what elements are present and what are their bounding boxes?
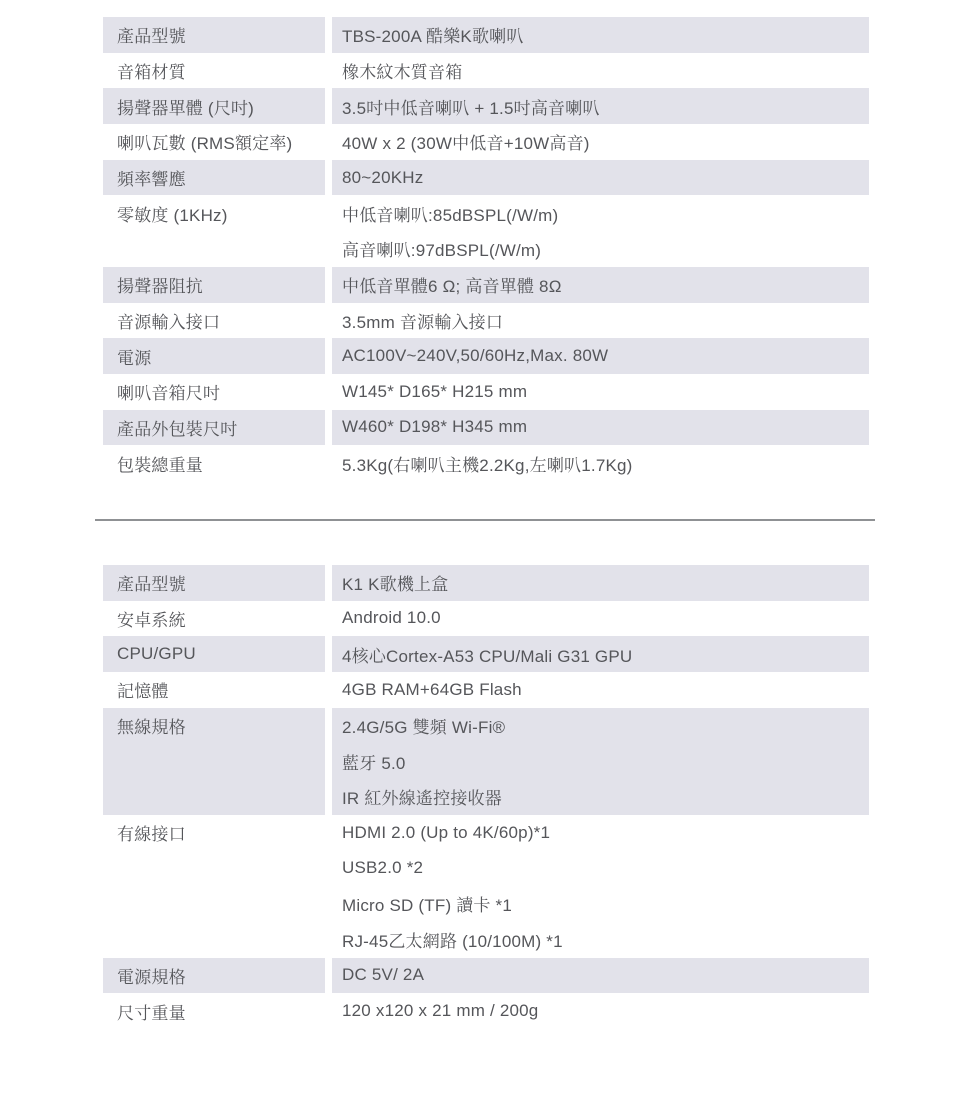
spec-value-cell: 3.5mm 音源輸入接口 — [332, 303, 869, 339]
spec-value-cell: TBS-200A 酷樂K歌喇叭 — [332, 17, 869, 53]
spec-label-cell: 喇叭音箱尺吋 — [103, 374, 325, 410]
spec-label: 包裝總重量 — [103, 445, 325, 481]
spec-label: 安卓系統 — [103, 601, 325, 637]
spec-value-cell: 5.3Kg(右喇叭主機2.2Kg,左喇叭1.7Kg) — [332, 445, 869, 481]
spec-row: 包裝總重量5.3Kg(右喇叭主機2.2Kg,左喇叭1.7Kg) — [103, 445, 869, 481]
spec-row: 記憶體4GB RAM+64GB Flash — [103, 672, 869, 708]
spec-value-cell: 120 x120 x 21 mm / 200g — [332, 993, 869, 1029]
spec-row: 產品外包裝尺吋W460* D198* H345 mm — [103, 410, 869, 446]
spec-label: 音源輸入接口 — [103, 303, 325, 339]
spec-label-cell: 電源規格 — [103, 958, 325, 994]
spec-value-cell: Android 10.0 — [332, 601, 869, 637]
spec-label: 記憶體 — [103, 672, 325, 708]
spec-row: 頻率響應80~20KHz — [103, 160, 869, 196]
spec-label: 尺寸重量 — [103, 993, 325, 1029]
spec-row: 揚聲器單體 (尺吋)3.5吋中低音喇叭 + 1.5吋高音喇叭 — [103, 88, 869, 124]
spec-value-line: 3.5吋中低音喇叭 + 1.5吋高音喇叭 — [332, 88, 869, 124]
spec-value-line: 橡木紋木質音箱 — [332, 53, 869, 89]
spec-label: 揚聲器單體 (尺吋) — [103, 88, 325, 124]
spec-value-line: 120 x120 x 21 mm / 200g — [332, 993, 869, 1029]
spec-label-cell: 包裝總重量 — [103, 445, 325, 481]
spec-value-cell: AC100V~240V,50/60Hz,Max. 80W — [332, 338, 869, 374]
spec-label-cell: 尺寸重量 — [103, 993, 325, 1029]
spec-label: CPU/GPU — [103, 636, 325, 672]
spec-value-line: 高音喇叭:97dBSPL(/W/m) — [332, 231, 869, 267]
spec-value-cell: 中低音單體6 Ω; 高音單體 8Ω — [332, 267, 869, 303]
spec-value-line: RJ-45乙太網路 (10/100M) *1 — [332, 922, 869, 958]
spec-row: 尺寸重量120 x120 x 21 mm / 200g — [103, 993, 869, 1029]
spec-value-line: TBS-200A 酷樂K歌喇叭 — [332, 17, 869, 53]
spec-label: 零敏度 (1KHz) — [103, 195, 325, 231]
spec-value-cell: DC 5V/ 2A — [332, 958, 869, 994]
spec-label: 喇叭音箱尺吋 — [103, 374, 325, 410]
spec-value-cell: W145* D165* H215 mm — [332, 374, 869, 410]
spec-value-line: Android 10.0 — [332, 601, 869, 637]
spec-label-cell: CPU/GPU — [103, 636, 325, 672]
spec-value-line: DC 5V/ 2A — [332, 958, 869, 994]
spec-row: 零敏度 (1KHz)中低音喇叭:85dBSPL(/W/m)高音喇叭:97dBSP… — [103, 195, 869, 266]
spec-value-line: HDMI 2.0 (Up to 4K/60p)*1 — [332, 815, 869, 851]
spec-value-line: USB2.0 *2 — [332, 850, 869, 886]
spec-row: 喇叭瓦數 (RMS額定率)40W x 2 (30W中低音+10W高音) — [103, 124, 869, 160]
spec-value-cell: W460* D198* H345 mm — [332, 410, 869, 446]
spec-label: 音箱材質 — [103, 53, 325, 89]
spec-value-cell: K1 K歌機上盒 — [332, 565, 869, 601]
spec-value-cell: 中低音喇叭:85dBSPL(/W/m)高音喇叭:97dBSPL(/W/m) — [332, 195, 869, 266]
spec-label: 電源 — [103, 338, 325, 374]
spec-label-cell: 揚聲器單體 (尺吋) — [103, 88, 325, 124]
spec-label: 無線規格 — [103, 708, 325, 744]
spec-table-speaker: 產品型號TBS-200A 酷樂K歌喇叭音箱材質橡木紋木質音箱揚聲器單體 (尺吋)… — [103, 0, 869, 481]
spec-value-cell: 3.5吋中低音喇叭 + 1.5吋高音喇叭 — [332, 88, 869, 124]
spec-value-line: 5.3Kg(右喇叭主機2.2Kg,左喇叭1.7Kg) — [332, 445, 869, 481]
spec-value-line: 4核心Cortex-A53 CPU/Mali G31 GPU — [332, 636, 869, 672]
spec-table-settop-box: 產品型號K1 K歌機上盒安卓系統Android 10.0CPU/GPU4核心Co… — [103, 565, 869, 1029]
spec-label: 喇叭瓦數 (RMS額定率) — [103, 124, 325, 160]
spec-label-cell: 安卓系統 — [103, 601, 325, 637]
spec-row: 喇叭音箱尺吋W145* D165* H215 mm — [103, 374, 869, 410]
spec-label-cell: 喇叭瓦數 (RMS額定率) — [103, 124, 325, 160]
spec-row: 產品型號TBS-200A 酷樂K歌喇叭 — [103, 17, 869, 53]
spec-label-cell: 頻率響應 — [103, 160, 325, 196]
spec-value-cell: 4GB RAM+64GB Flash — [332, 672, 869, 708]
spec-label-cell: 電源 — [103, 338, 325, 374]
spec-row: 無線規格2.4G/5G 雙頻 Wi-Fi®藍牙 5.0IR 紅外線遙控接收器 — [103, 708, 869, 815]
spec-value-line: IR 紅外線遙控接收器 — [332, 779, 869, 815]
spec-value-cell: 橡木紋木質音箱 — [332, 53, 869, 89]
spec-row: 產品型號K1 K歌機上盒 — [103, 565, 869, 601]
spec-value-line: Micro SD (TF) 讀卡 *1 — [332, 886, 869, 922]
spec-label-cell: 揚聲器阻抗 — [103, 267, 325, 303]
product-spec-sheet: 產品型號TBS-200A 酷樂K歌喇叭音箱材質橡木紋木質音箱揚聲器單體 (尺吋)… — [0, 0, 960, 1107]
spec-row: 安卓系統Android 10.0 — [103, 601, 869, 637]
spec-label-cell: 音源輸入接口 — [103, 303, 325, 339]
spec-label: 揚聲器阻抗 — [103, 267, 325, 303]
spec-value-line: 藍牙 5.0 — [332, 743, 869, 779]
spec-value-cell: HDMI 2.0 (Up to 4K/60p)*1USB2.0 *2Micro … — [332, 815, 869, 958]
spec-row: 電源AC100V~240V,50/60Hz,Max. 80W — [103, 338, 869, 374]
spec-value-cell: 4核心Cortex-A53 CPU/Mali G31 GPU — [332, 636, 869, 672]
spec-row: 音源輸入接口3.5mm 音源輸入接口 — [103, 303, 869, 339]
spec-value-line: W145* D165* H215 mm — [332, 374, 869, 410]
spec-row: 揚聲器阻抗中低音單體6 Ω; 高音單體 8Ω — [103, 267, 869, 303]
section-divider — [95, 519, 875, 521]
spec-label: 產品外包裝尺吋 — [103, 410, 325, 446]
spec-label-cell: 音箱材質 — [103, 53, 325, 89]
spec-value-line: 40W x 2 (30W中低音+10W高音) — [332, 124, 869, 160]
spec-value-line: 4GB RAM+64GB Flash — [332, 672, 869, 708]
spec-label-cell: 產品型號 — [103, 565, 325, 601]
spec-value-line: 中低音喇叭:85dBSPL(/W/m) — [332, 195, 869, 231]
spec-value-line: 3.5mm 音源輸入接口 — [332, 303, 869, 339]
spec-value-line: 80~20KHz — [332, 160, 869, 196]
spec-value-line: 2.4G/5G 雙頻 Wi-Fi® — [332, 708, 869, 744]
spec-label-cell: 記憶體 — [103, 672, 325, 708]
spec-value-cell: 80~20KHz — [332, 160, 869, 196]
spec-value-cell: 40W x 2 (30W中低音+10W高音) — [332, 124, 869, 160]
spec-row: 電源規格DC 5V/ 2A — [103, 958, 869, 994]
spec-row: 音箱材質橡木紋木質音箱 — [103, 53, 869, 89]
spec-label-cell: 產品型號 — [103, 17, 325, 53]
spec-label: 產品型號 — [103, 17, 325, 53]
spec-label-cell: 無線規格 — [103, 708, 325, 815]
spec-row: 有線接口HDMI 2.0 (Up to 4K/60p)*1USB2.0 *2Mi… — [103, 815, 869, 958]
spec-label-cell: 零敏度 (1KHz) — [103, 195, 325, 266]
spec-label-cell: 有線接口 — [103, 815, 325, 958]
spec-row: CPU/GPU4核心Cortex-A53 CPU/Mali G31 GPU — [103, 636, 869, 672]
spec-value-cell: 2.4G/5G 雙頻 Wi-Fi®藍牙 5.0IR 紅外線遙控接收器 — [332, 708, 869, 815]
spec-label: 頻率響應 — [103, 160, 325, 196]
spec-value-line: 中低音單體6 Ω; 高音單體 8Ω — [332, 267, 869, 303]
spec-label: 電源規格 — [103, 958, 325, 994]
spec-value-line: AC100V~240V,50/60Hz,Max. 80W — [332, 338, 869, 374]
spec-label-cell: 產品外包裝尺吋 — [103, 410, 325, 446]
spec-label: 有線接口 — [103, 815, 325, 851]
spec-value-line: K1 K歌機上盒 — [332, 565, 869, 601]
spec-value-line: W460* D198* H345 mm — [332, 410, 869, 446]
spec-label: 產品型號 — [103, 565, 325, 601]
